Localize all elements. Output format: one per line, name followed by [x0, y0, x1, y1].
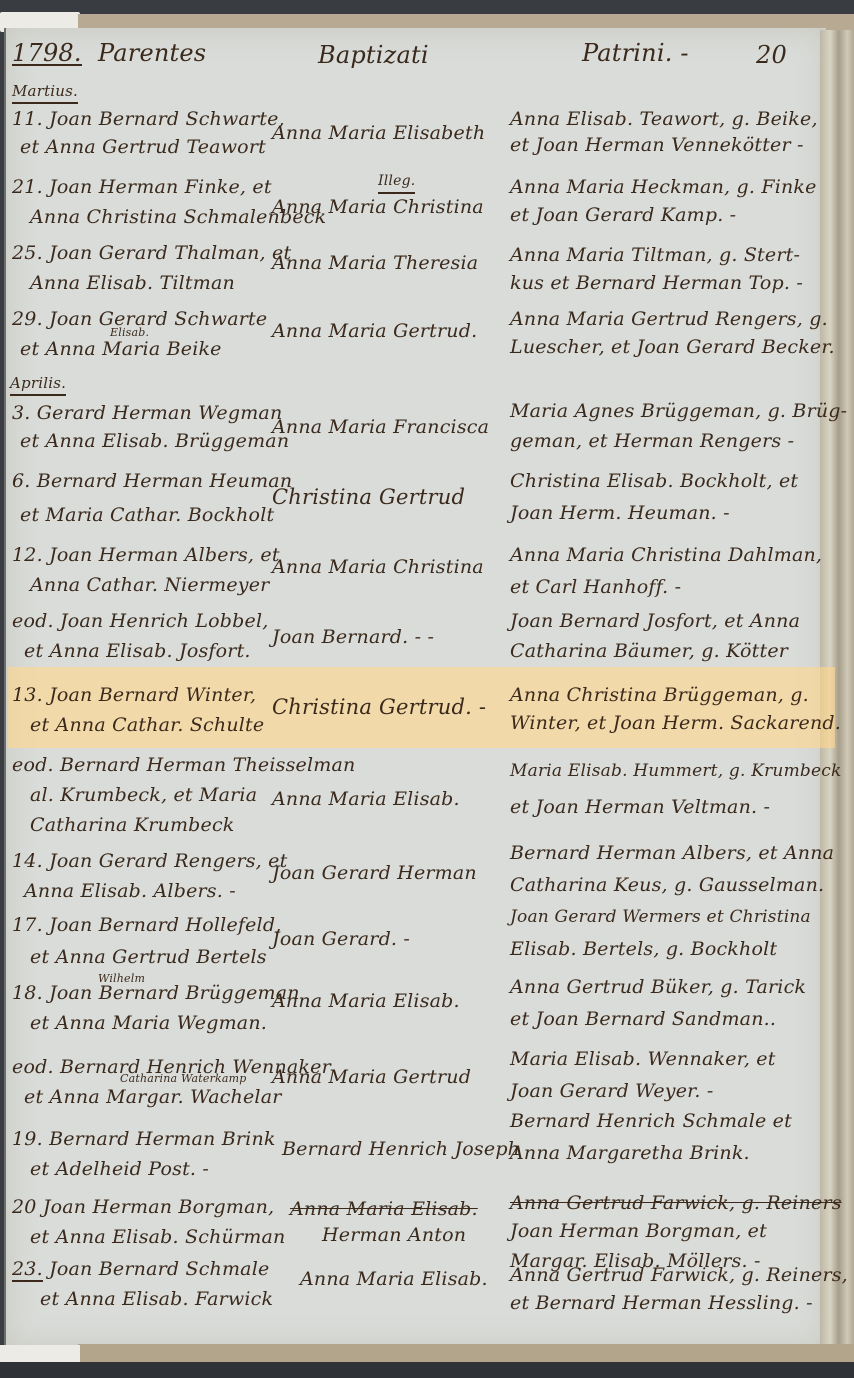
entry-child-note: Illeg.: [378, 170, 415, 194]
entry-parents-line2: et Anna Elisab. Josfort.: [24, 640, 251, 662]
entry-parents-line3: Catharina Krumbeck: [30, 814, 235, 836]
entry-parents-note: Wilhelm: [98, 968, 145, 990]
entry-parents-line1: Joan Bernard Hollefeld,: [49, 914, 281, 936]
entry-godparents-line2: et Joan Herman Vennekötter -: [510, 134, 804, 156]
entry-parents-line1: Bernard Herman Brink: [49, 1128, 276, 1150]
entry-parents-line1: Joan Herman Borgman,: [43, 1196, 274, 1218]
entry-day: 17.: [12, 914, 43, 936]
entry-child: Anna Maria Elisabeth: [272, 122, 485, 144]
scanner-background-bottom: [0, 1362, 854, 1378]
entry-child: Christina Gertrud. -: [272, 696, 486, 718]
entry-godparents-line2: et Joan Herman Veltman. -: [510, 796, 770, 818]
entry-godparents-line2: kus et Bernard Herman Top. -: [510, 272, 803, 294]
entry-godparents-line1: Anna Maria Christina Dahlman,: [510, 544, 822, 566]
entry-godparents-line2: et Joan Bernard Sandman..: [510, 1008, 776, 1030]
entry-day: 29.: [12, 308, 43, 330]
entry-day: 6.: [12, 470, 31, 492]
entry-child: Anna Maria Gertrud: [272, 1066, 471, 1088]
entry-godparents-line2: et Bernard Herman Hessling. -: [510, 1292, 813, 1314]
entry-parents-line2: et Anna Maria Beike: [20, 338, 222, 360]
entry-child-struck: Anna Maria Elisab.: [290, 1198, 478, 1220]
entry-child: Anna Maria Christina: [272, 556, 484, 578]
entry-parents-line2: et Anna Elisab. Schürman: [30, 1226, 285, 1248]
entry-parents-line1: Joan Bernard Schwarte,: [49, 108, 285, 130]
entry-godparents-line1: Anna Maria Tiltman, g. Stert-: [510, 244, 800, 266]
entry-child: Bernard Henrich Joseph: [282, 1138, 520, 1160]
entry-godparents-line1: Anna Gertrud Farwick, g. Reiners,: [510, 1264, 848, 1286]
column-header-parents: Parentes: [98, 42, 206, 64]
entry-parents-line2: et Anna Elisab. Farwick: [40, 1288, 273, 1310]
entry-godparents-line2: Catharina Keus, g. Gausselman.: [510, 874, 824, 896]
entry-godparents-line1: Anna Elisab. Teawort, g. Beike,: [510, 108, 818, 130]
entry-godparents-line1: Joan Gerard Wermers et Christina: [510, 906, 811, 928]
entry-godparents-struck: Anna Gertrud Farwick, g. Reiners: [510, 1192, 842, 1214]
column-header-godparents: Patrini. -: [582, 42, 689, 64]
entry-parents-line2: et Anna Cathar. Schulte: [30, 714, 264, 736]
entry-child: Anna Maria Francisca: [272, 416, 489, 438]
month-label-aprilis: Aprilis.: [10, 372, 66, 396]
year-heading: 1798.: [12, 42, 82, 66]
entry-child: Joan Gerard. -: [272, 928, 410, 950]
entry-child: Joan Bernard. - -: [272, 626, 434, 648]
entry-parents-line2: et Anna Maria Wegman.: [30, 1012, 267, 1034]
entry-parents-line1: Joan Bernard Brüggeman: [49, 982, 300, 1004]
entry-parents-line1: Joan Gerard Rengers, et: [49, 850, 287, 872]
bookmark-ribbon-bottom: [0, 1345, 80, 1363]
entry-godparents-line2: Catharina Bäumer, g. Kötter: [510, 640, 788, 662]
entry-parents-line2: et Anna Elisab. Brüggeman: [20, 430, 289, 452]
month-label-martius: Martius.: [12, 80, 78, 104]
entry-parents-line1: Joan Gerard Schwarte: [49, 308, 267, 330]
entry-day: 11.: [12, 108, 43, 130]
entry-parents-line1: Bernard Herman Heuman: [37, 470, 293, 492]
entry-godparents-line1: Anna Gertrud Büker, g. Tarick: [510, 976, 806, 998]
entry-child: Anna Maria Christina: [272, 196, 484, 218]
entry-day: 12.: [12, 544, 43, 566]
entry-godparents-line1: Maria Agnes Brüggeman, g. Brüg-: [510, 400, 847, 422]
entry-godparents-line2: Joan Gerard Weyer. -: [510, 1080, 713, 1102]
entry-day: eod.: [12, 610, 54, 632]
entry-parents-line1: Joan Gerard Thalman, et: [49, 242, 291, 264]
scanner-background-top: [0, 0, 854, 14]
entry-godparents-line2: Elisab. Bertels, g. Bockholt: [510, 938, 777, 960]
entry-day: eod.: [12, 754, 54, 776]
entry-day: 19.: [12, 1128, 43, 1150]
entry-day: 13.: [12, 684, 43, 706]
entry-parents-line1: Bernard Herman Theisselman: [60, 754, 356, 776]
entry-parents-line1: Gerard Herman Wegman: [37, 402, 283, 424]
entry-day: eod.: [12, 1056, 54, 1078]
entry-godparents-line2: et Joan Gerard Kamp. -: [510, 204, 736, 226]
entry-godparents-line1: Joan Bernard Josfort, et Anna: [510, 610, 800, 632]
entry-parents-line2: et Anna Margar. Wachelar: [24, 1086, 282, 1108]
entry-godparents-line1: Christina Elisab. Bockholt, et: [510, 470, 798, 492]
entry-child: Anna Maria Elisab.: [272, 788, 460, 810]
entry-day: 25.: [12, 242, 43, 264]
entry-parents-line1: Joan Henrich Lobbel,: [60, 610, 269, 632]
entry-day: 14.: [12, 850, 43, 872]
entry-godparents-line2: Winter, et Joan Herm. Sackarend.: [510, 712, 841, 734]
entry-godparents-line1: Bernard Henrich Schmale et: [510, 1110, 792, 1132]
entry-godparents-line1: Joan Herman Borgman, et: [510, 1220, 767, 1242]
entry-parents-line2: Anna Elisab. Tiltman: [30, 272, 235, 294]
entry-parents-line1: Joan Herman Finke, et: [49, 176, 272, 198]
entry-child: Anna Maria Gertrud.: [272, 320, 477, 342]
entry-day: 23.: [12, 1258, 43, 1282]
entry-child: Anna Maria Elisab.: [300, 1268, 488, 1290]
entry-child: Anna Maria Elisab.: [272, 990, 460, 1012]
entry-child: Anna Maria Theresia: [272, 252, 478, 274]
entry-day: 18.: [12, 982, 43, 1004]
book-bottom-edge: [78, 1344, 854, 1364]
entry-child: Christina Gertrud: [272, 486, 465, 508]
entry-parents-line1: Joan Bernard Winter,: [49, 684, 256, 706]
entry-parents-line1: Joan Herman Albers, et: [49, 544, 280, 566]
entry-parents-line2: Anna Elisab. Albers. -: [24, 880, 236, 902]
entry-godparents-line2: Anna Margaretha Brink.: [510, 1142, 750, 1164]
entry-parents-line2: et Adelheid Post. -: [30, 1158, 209, 1180]
entry-day: 3.: [12, 402, 31, 424]
entry-godparents-line1: Maria Elisab. Hummert, g. Krumbeck: [510, 760, 841, 782]
page-number: 20: [756, 44, 787, 66]
entry-parents-line2: Anna Cathar. Niermeyer: [30, 574, 269, 596]
entry-godparents-line1: Anna Maria Heckman, g. Finke: [510, 176, 817, 198]
entry-godparents-line1: Maria Elisab. Wennaker, et: [510, 1048, 776, 1070]
entry-child: Herman Anton: [322, 1224, 466, 1246]
entry-godparents-line2: Joan Herm. Heuman. -: [510, 502, 730, 524]
entry-day: 21.: [12, 176, 43, 198]
entry-day: 20: [12, 1196, 37, 1218]
entry-parents-line2: et Anna Gertrud Bertels: [30, 946, 267, 968]
entry-child: Joan Gerard Herman: [272, 862, 477, 884]
entry-godparents-line2: geman, et Herman Rengers -: [510, 430, 794, 452]
column-header-baptized: Baptizati: [318, 44, 429, 66]
entry-godparents-line1: Anna Christina Brüggeman, g.: [510, 684, 809, 706]
entry-parents-line2: et Maria Cathar. Bockholt: [20, 504, 274, 526]
entry-godparents-line1: Anna Maria Gertrud Rengers, g.: [510, 308, 828, 330]
entry-godparents-line2: Luescher, et Joan Gerard Becker.: [510, 336, 835, 358]
entry-godparents-line1: Bernard Herman Albers, et Anna: [510, 842, 834, 864]
entry-parents-line2: et Anna Gertrud Teawort: [20, 136, 266, 158]
entry-parents-line2: al. Krumbeck, et Maria: [30, 784, 257, 806]
entry-godparents-line2: et Carl Hanhoff. -: [510, 576, 681, 598]
entry-parents-line1: Joan Bernard Schmale: [49, 1258, 269, 1280]
